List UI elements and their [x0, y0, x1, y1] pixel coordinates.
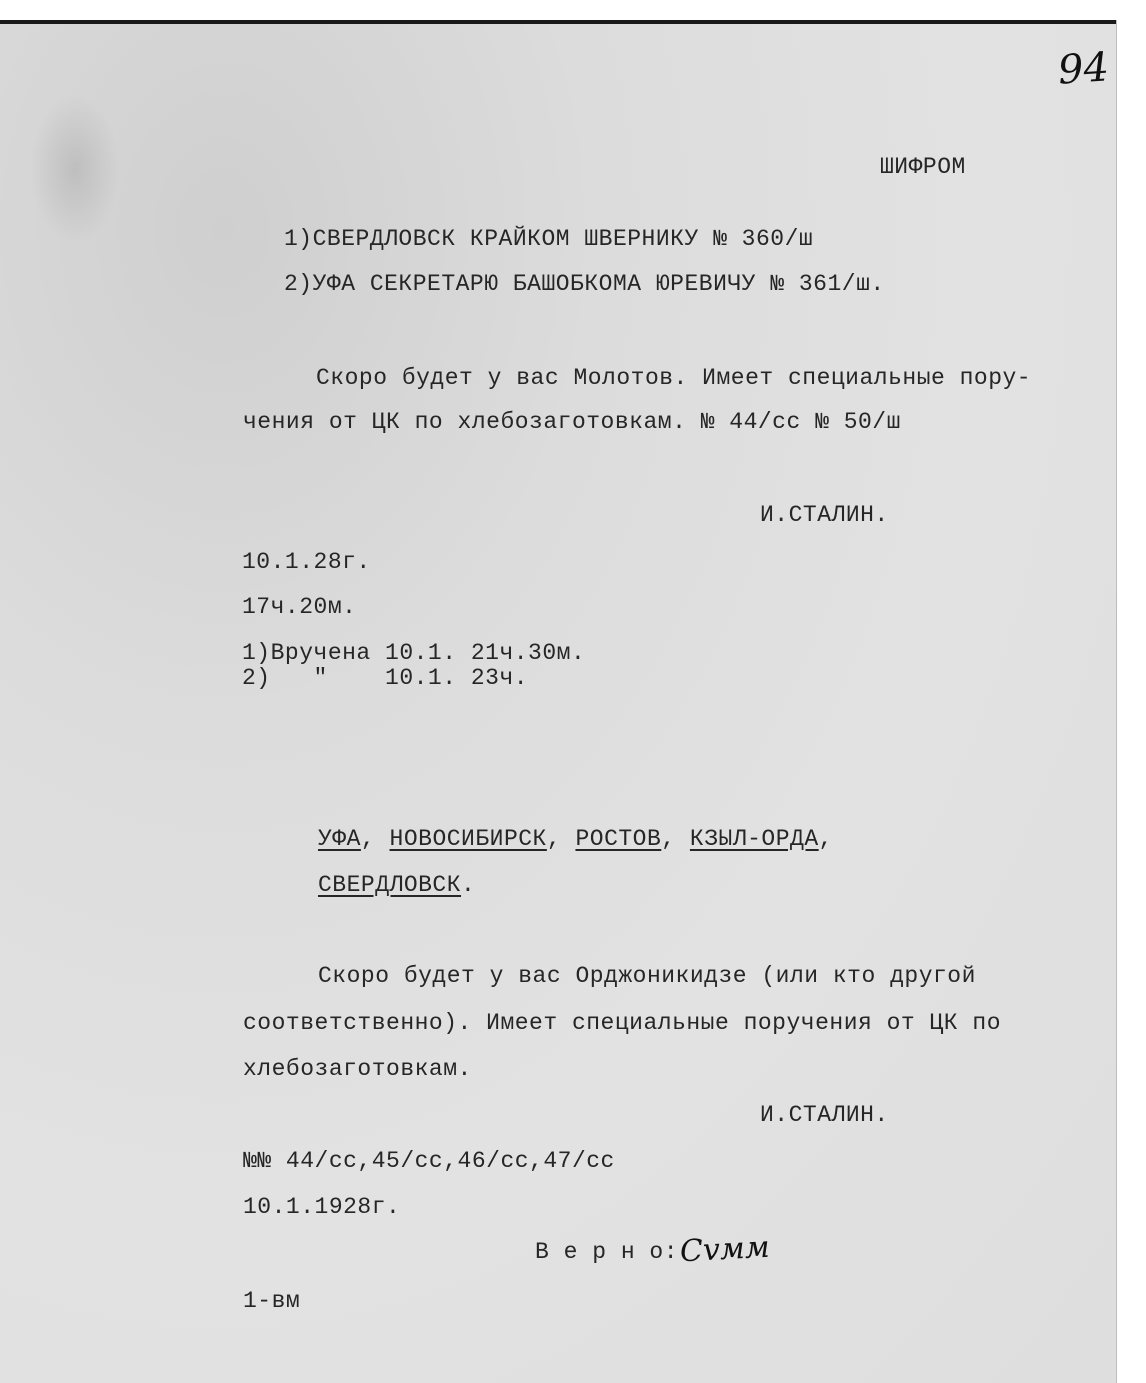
message2-line2: соответственно). Имеет специальные поруч…	[243, 1012, 1001, 1035]
document-page	[0, 20, 1116, 1383]
message1-line2: чения от ЦК по хлебозаготовкам. № 44/сс …	[243, 411, 901, 434]
page-number: 94	[1056, 44, 1110, 93]
time-1: 17ч.20м.	[242, 596, 356, 619]
addressee-2: 2)УФА СЕКРЕТАРЮ БАШОБКОМА ЮРЕВИЧУ № 361/…	[284, 273, 885, 296]
delivery-line-2: 2) " 10.1. 23ч.	[242, 667, 528, 690]
city: НОВОСИБИРСК	[390, 826, 547, 852]
message2-signature: И.СТАЛИН.	[760, 1104, 889, 1127]
addressee-1: 1)СВЕРДЛОВСК КРАЙКОМ ШВЕРНИКУ № 360/ш	[284, 228, 813, 251]
city: УФА	[318, 826, 361, 852]
cities-line-2: СВЕРДЛОВСК.	[318, 874, 475, 897]
message2-line1: Скоро будет у вас Орджоникидзе (или кто …	[318, 965, 976, 988]
city: РОСТОВ	[575, 826, 661, 852]
message1-signature: И.СТАЛИН.	[760, 504, 889, 527]
certified-signature: Сvмм	[679, 1230, 770, 1270]
reference-numbers: №№ 44/сс,45/сс,46/сс,47/сс	[243, 1150, 615, 1173]
header-label: ШИФРОМ	[880, 156, 966, 179]
cities-line-1: УФА, НОВОСИБИРСК, РОСТОВ, КЗЫЛ-ОРДА,	[318, 828, 833, 851]
paper-stain	[30, 94, 120, 244]
city: СВЕРДЛОВСК	[318, 872, 461, 898]
city: КЗЫЛ-ОРДА	[690, 826, 819, 852]
certified-label: В е р н о:	[535, 1241, 678, 1264]
date-1: 10.1.28г.	[242, 551, 371, 574]
delivery-line-1: 1)Вручена 10.1. 21ч.30м.	[242, 642, 585, 665]
message1-line1: Скоро будет у вас Молотов. Имеет специал…	[316, 367, 1031, 390]
date-2: 10.1.1928г.	[243, 1196, 400, 1219]
message2-line3: хлебозаготовкам.	[243, 1058, 472, 1081]
footer-code: 1-вм	[243, 1290, 300, 1313]
